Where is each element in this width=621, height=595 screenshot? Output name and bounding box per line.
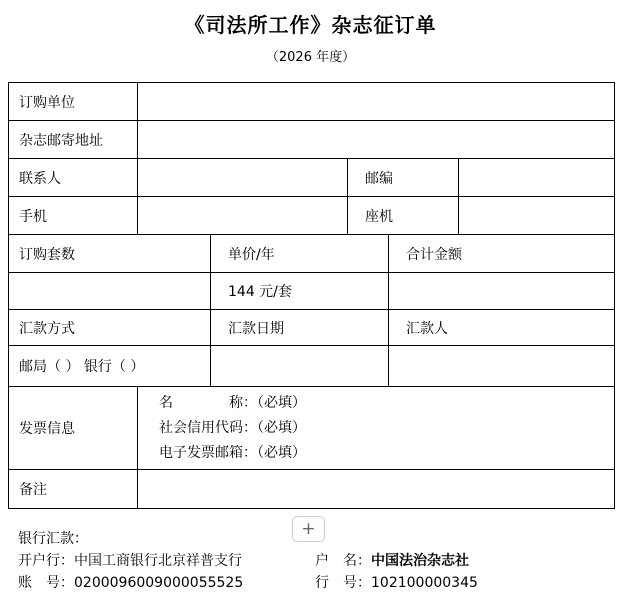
contact-label: 联系人 (9, 159, 138, 197)
account-holder-info: 户 名：中国法治杂志社 行 号：102100000345 (315, 550, 478, 594)
remarks-label: 备注 (9, 470, 138, 509)
address-label: 杂志邮寄地址 (9, 121, 138, 159)
account-holder-line: 户 名：中国法治杂志社 (315, 550, 478, 572)
remarks-field[interactable] (138, 470, 615, 509)
bank-code-value: 102100000345 (371, 575, 478, 591)
bank-transfer-heading: 银行汇款： (18, 528, 243, 550)
remitter-field[interactable] (389, 346, 615, 387)
mobile-field[interactable] (138, 197, 348, 235)
remitter-label: 汇款人 (389, 310, 615, 346)
total-amount-label: 合计金额 (389, 235, 615, 273)
landline-field[interactable] (459, 197, 615, 235)
table-row: 发票信息 名 称：（必填） 社会信用代码：（必填） 电子发票邮箱：（必填） (9, 387, 615, 470)
bank-code-line: 行 号：102100000345 (315, 572, 478, 594)
account-number-label: 账 号： (18, 575, 74, 591)
table-row: 备注 (9, 470, 615, 509)
quantity-field[interactable] (9, 273, 211, 310)
subscription-form-page: 《司法所工作》杂志征订单 （2026 年度） 订购单位 杂志邮寄地址 联系人 邮… (0, 0, 621, 595)
postcode-label: 邮编 (348, 159, 459, 197)
account-holder-value: 中国法治杂志社 (371, 553, 469, 569)
remit-method-label: 汇款方式 (9, 310, 211, 346)
invoice-credit-code-line: 社会信用代码：（必填） (159, 416, 610, 441)
page-subtitle: （2026 年度） (0, 46, 621, 65)
mobile-label: 手机 (9, 197, 138, 235)
table-row: 汇款方式 汇款日期 汇款人 (9, 310, 615, 346)
invoice-label: 发票信息 (9, 387, 138, 470)
bank-transfer-info: 银行汇款： 开户行：中国工商银行北京祥普支行 账 号：0200096009000… (18, 528, 243, 594)
page-title: 《司法所工作》杂志征订单 (0, 9, 621, 38)
bank-code-label: 行 号： (315, 575, 371, 591)
total-amount-field[interactable] (389, 273, 615, 310)
quantity-label: 订购套数 (9, 235, 211, 273)
unit-price-label: 单价/年 (211, 235, 389, 273)
address-field[interactable] (138, 121, 615, 159)
invoice-name-line: 名 称：（必填） (159, 391, 610, 416)
subscription-form-table: 订购单位 杂志邮寄地址 联系人 邮编 手机 座机 订购套数 单价/年 (8, 82, 615, 509)
account-number-value: 0200096009000055525 (74, 575, 243, 591)
remit-date-field[interactable] (211, 346, 389, 387)
table-row: 手机 座机 (9, 197, 615, 235)
bank-name-line: 开户行：中国工商银行北京祥普支行 (18, 550, 243, 572)
remit-options-cell[interactable]: 邮局（ ） 银行（ ） (9, 346, 211, 387)
postcode-field[interactable] (459, 159, 615, 197)
unit-price-value: 144 元/套 (211, 273, 389, 310)
table-row: 邮局（ ） 银行（ ） (9, 346, 615, 387)
invoice-email-line: 电子发票邮箱：（必填） (159, 441, 610, 466)
table-row: 订购单位 (9, 83, 615, 121)
subscriber-label: 订购单位 (9, 83, 138, 121)
table-row: 联系人 邮编 (9, 159, 615, 197)
account-holder-label: 户 名： (315, 553, 371, 569)
table-row: 订购套数 单价/年 合计金额 (9, 235, 615, 273)
bank-name-value: 中国工商银行北京祥普支行 (74, 553, 242, 569)
table-row: 144 元/套 (9, 273, 615, 310)
add-row-button[interactable]: + (292, 516, 325, 542)
subscriber-field[interactable] (138, 83, 615, 121)
invoice-info-cell[interactable]: 名 称：（必填） 社会信用代码：（必填） 电子发票邮箱：（必填） (138, 387, 615, 470)
table-row: 杂志邮寄地址 (9, 121, 615, 159)
remit-date-label: 汇款日期 (211, 310, 389, 346)
account-number-line: 账 号：0200096009000055525 (18, 572, 243, 594)
landline-label: 座机 (348, 197, 459, 235)
contact-field[interactable] (138, 159, 348, 197)
bank-name-label: 开户行： (18, 553, 74, 569)
